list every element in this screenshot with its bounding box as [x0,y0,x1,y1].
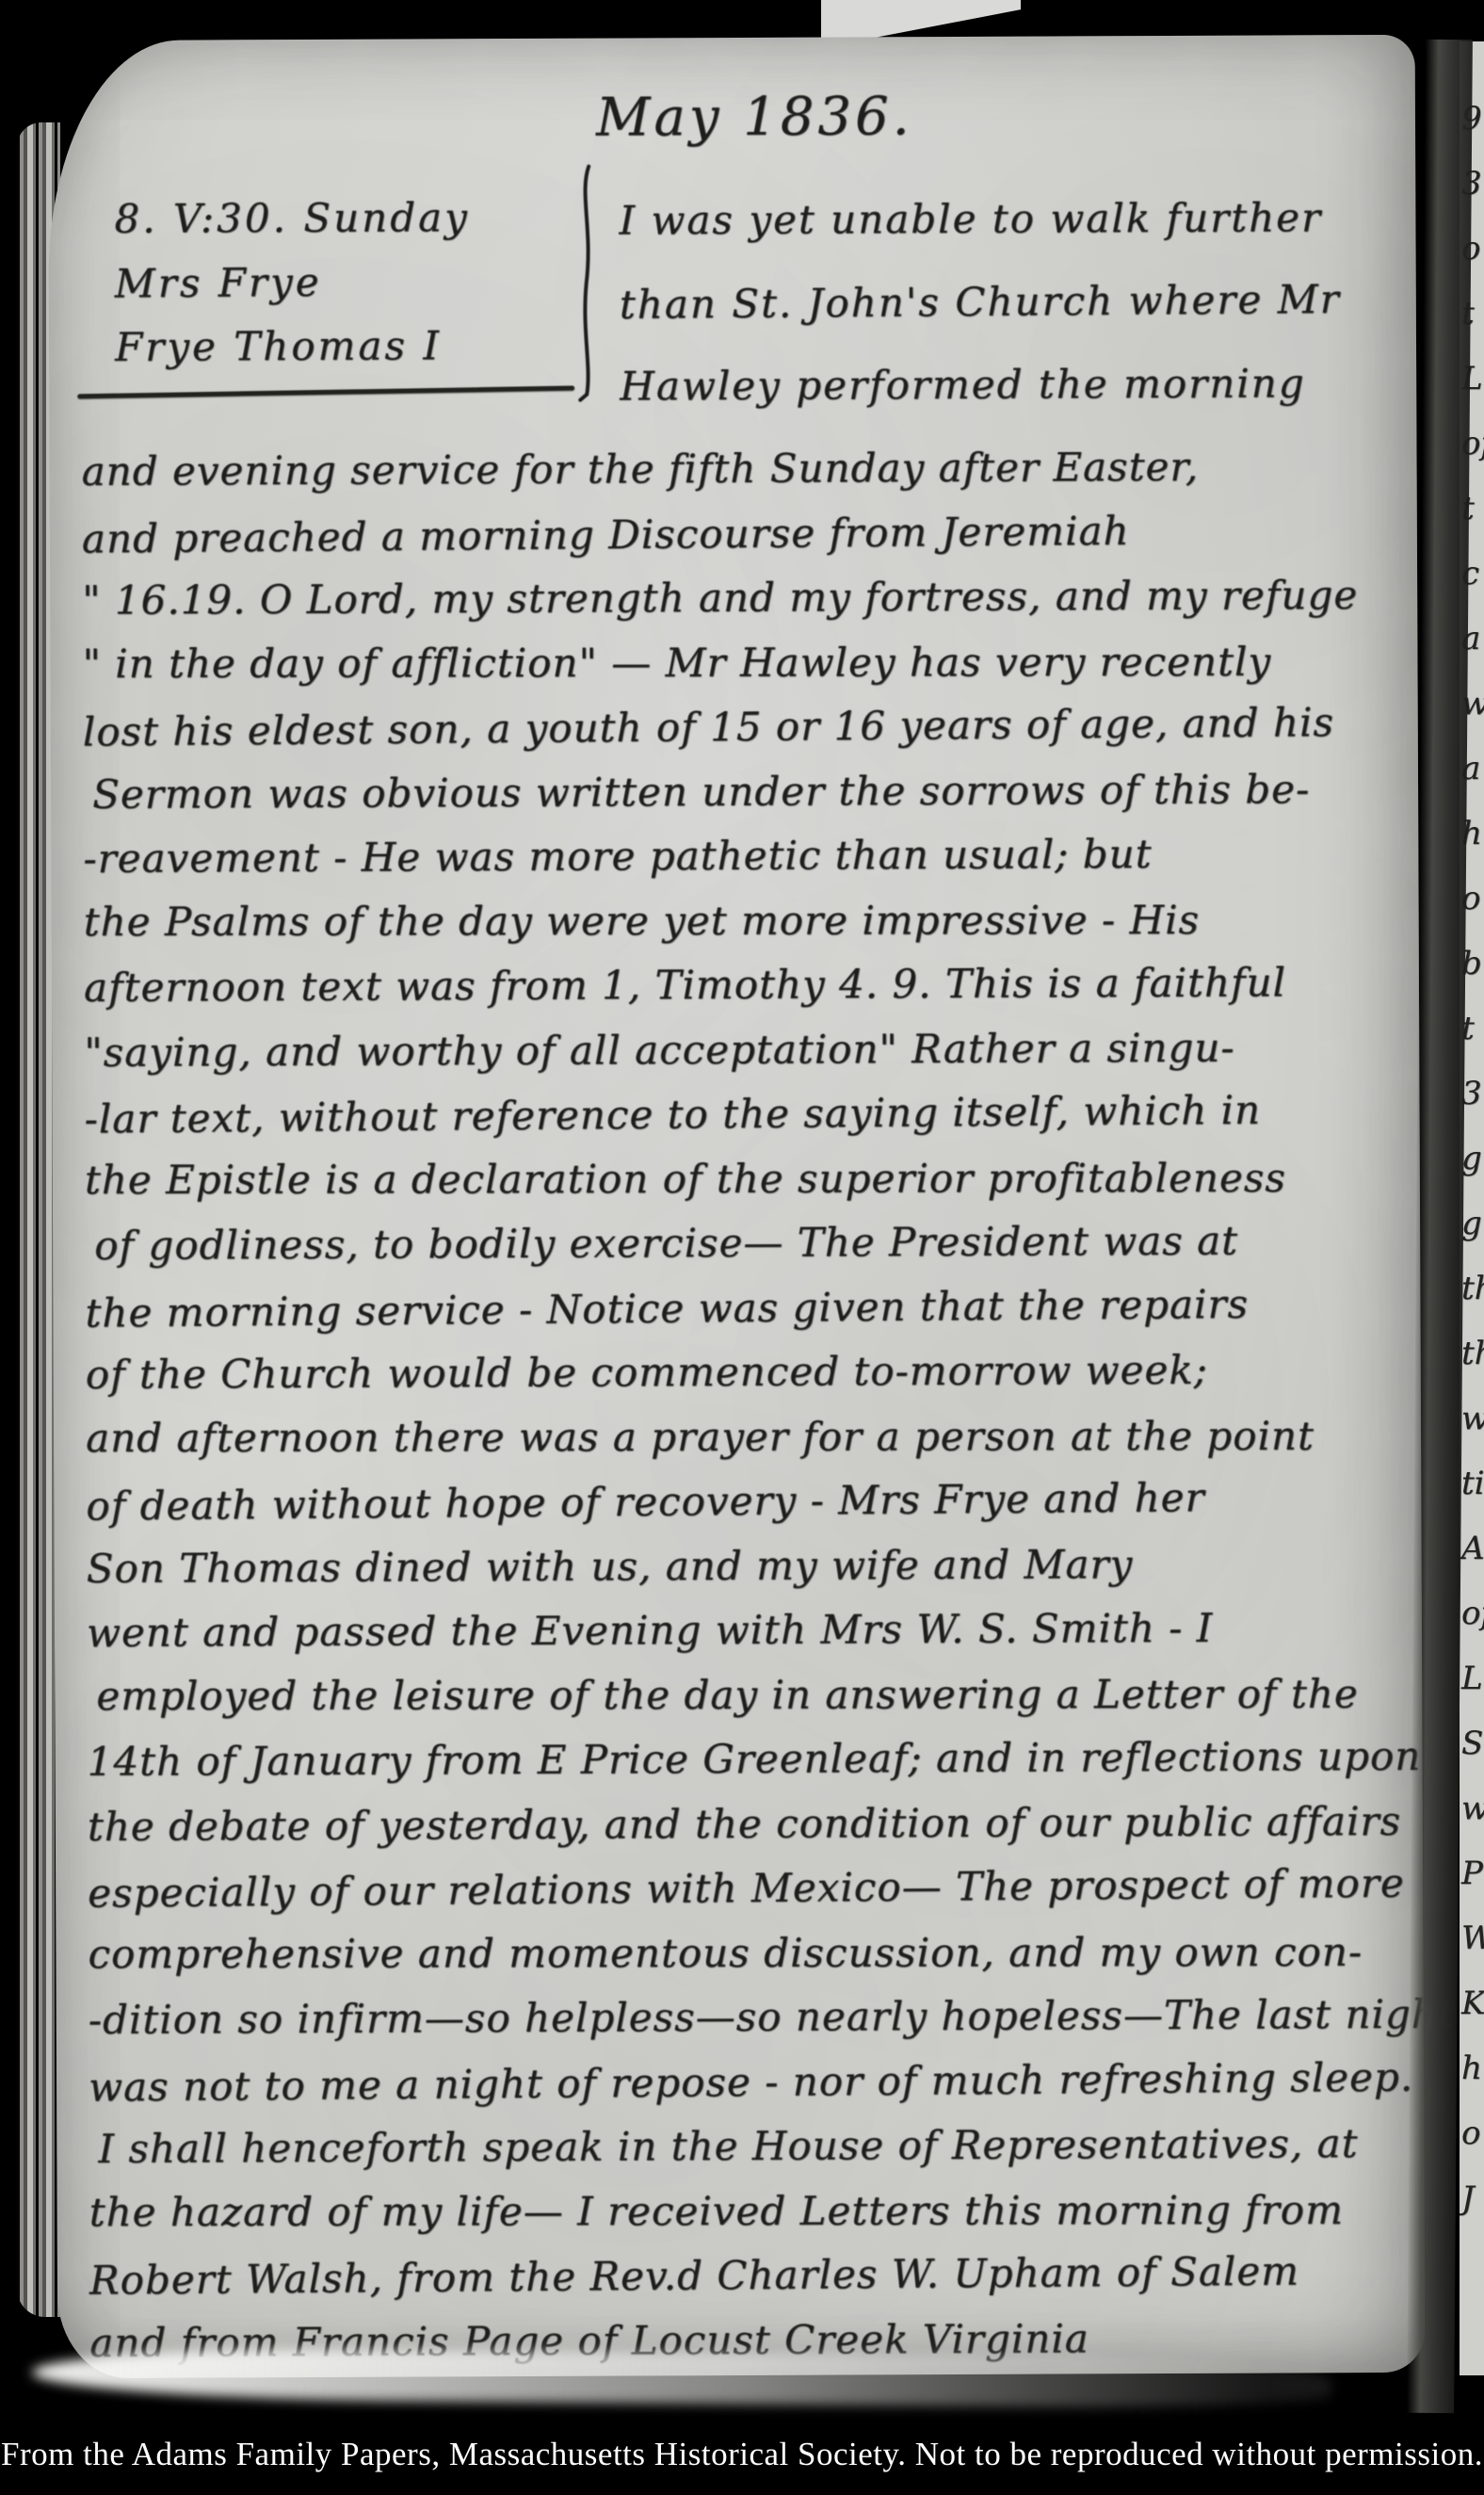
facing-page-fragment: J [1461,2166,1484,2231]
manuscript-line: especially of our relations with Mexico—… [88,1851,1454,1926]
manuscript-line: -dition so infirm—so helpless—so nearly … [89,1983,1455,2053]
page-title-date: May 1836. [596,86,913,148]
caption-bar: From the Adams Family Papers, Massachuse… [0,2428,1484,2495]
facing-page-fragment: o [1461,2101,1484,2166]
margin-divider-rule [77,386,574,399]
manuscript-line: " 16.19. O Lord, my strength and my fort… [82,563,1448,634]
manuscript-line: afternoon text was from 1, Timothy 4. 9.… [84,950,1450,1021]
manuscript-line: 14th of January from E Price Greenleaf; … [87,1725,1453,1795]
facing-page-fragment: th [1461,1321,1484,1386]
entry-intro: I was yet unable to walk furtherthan St.… [619,176,1341,428]
margin-note-line: Mrs Frye [114,250,470,316]
facing-page-fragment: K [1461,1971,1484,2036]
facing-page-fragment: w [1461,1386,1484,1451]
facing-page-fragment: Ph [1461,1841,1484,1906]
manuscript-line: the debate of yesterday, and the conditi… [88,1789,1454,1859]
manuscript-line: the Epistle is a declaration of the supe… [85,1145,1451,1212]
manuscript-line: Hawley performed the morning [620,342,1341,428]
diary-page: May 1836. 8. V:30. SundayMrs FryeFrye Th… [48,35,1426,2378]
manuscript-line: the morning service - Notice was given t… [85,1271,1451,1346]
manuscript-line: comprehensive and momentous discussion, … [88,1920,1454,1986]
facing-page-fragment: g [1461,1126,1484,1191]
manuscript-line: and preached a morning Discourse from Je… [82,496,1448,572]
margin-note-line: Frye Thomas I [115,314,471,380]
manuscript-line: I shall henceforth speak in the House of… [98,2112,1455,2182]
facing-page-fragment: L [1461,1646,1484,1711]
manuscript-line: was not to me a night of repose - nor of… [89,2045,1455,2120]
facing-page-fragment: An [1461,1516,1484,1581]
manuscript-line: -lar text, without reference to the sayi… [84,1077,1450,1152]
margin-note-block: 8. V:30. SundayMrs FryeFrye Thomas I [114,186,470,380]
facing-page-fragment: h [1461,2036,1484,2101]
facing-page-fragment: ti [1461,1451,1484,1516]
handwriting-layer: May 1836. 8. V:30. SundayMrs FryeFrye Th… [48,35,1426,2378]
facing-page-fragment: W [1461,1906,1484,1971]
manuscript-scan: May 1836. 8. V:30. SundayMrs FryeFrye Th… [0,0,1484,2495]
manuscript-line: the Psalms of the day were yet more impr… [84,887,1450,954]
manuscript-line: and afternoon there was a prayer for a p… [86,1403,1452,1470]
manuscript-line: "saying, and worthy of all acceptation" … [84,1014,1450,1085]
manuscript-line: of the Church would be commenced to-morr… [86,1337,1452,1408]
manuscript-line: of death without hope of recovery - Mrs … [86,1464,1452,1539]
manuscript-line: employed the leisure of the day in answe… [96,1661,1453,1728]
manuscript-line: than St. John's Church where Mr [619,258,1341,347]
facing-page-fragment: w [1461,1776,1484,1841]
manuscript-line: " in the day of affliction" — Mr Hawley … [82,629,1448,696]
manuscript-line: Son Thomas dined with us, and my wife an… [87,1531,1453,1601]
facing-page-fragment: S [1461,1711,1484,1776]
entry-brace [575,165,597,402]
entry-body: and evening service for the fifth Sunday… [81,434,1456,2375]
manuscript-line: lost his eldest son, a youth of 15 or 16… [83,689,1449,765]
manuscript-line: Robert Walsh, from the Rev.d Charles W. … [89,2238,1456,2313]
manuscript-line: -reavement - He was more pathetic than u… [83,821,1449,892]
archive-caption: From the Adams Family Papers, Massachuse… [0,2436,1484,2473]
facing-page-fragment: g [1461,1191,1484,1256]
manuscript-line: I was yet unable to walk further [619,176,1340,262]
facing-page-fragment: of [1461,1581,1484,1646]
manuscript-line: and evening service for the fifth Sunday… [81,434,1447,505]
margin-note-line: 8. V:30. Sunday [114,186,470,251]
manuscript-line: the hazard of my life— I received Letter… [89,2178,1456,2244]
manuscript-line: went and passed the Evening with Mrs W. … [87,1596,1453,1666]
manuscript-line: Sermon was obvious written under the sor… [92,756,1449,827]
facing-page-fragment: th [1461,1256,1484,1321]
manuscript-line: of godliness, to bodily exercise— The Pr… [94,1208,1451,1279]
facing-page-fragment: 3 [1461,1061,1484,1126]
